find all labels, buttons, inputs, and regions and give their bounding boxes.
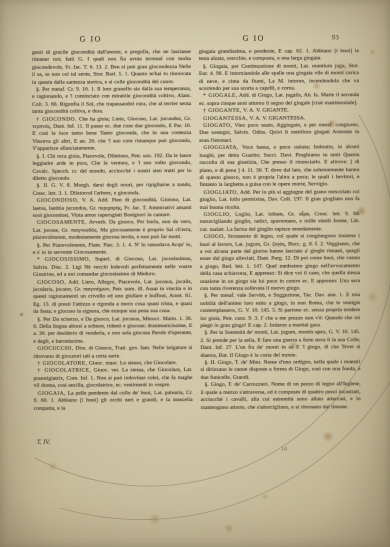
entry-paragraph: §. II. Giogo, T. de' Mint. Nome d'uno or… [200,359,360,382]
entry-continuation: genti di gracile giocondità dall'amore, … [32,49,191,87]
entry-giogliato: GIOGLIATO, Add. Per lo più si aggiugne d… [200,189,360,212]
entry-text: §. Per la Sommità de' monti, Lat. jugum,… [200,330,360,359]
entry-giocucchi: GIOCUCCHI, Dim. di Giuoco, Tratt. gov. f… [33,345,192,361]
entry-headword: GIOGANTESSA, [203,115,248,121]
page-number: 93 [332,34,340,41]
entry-paragraph: §. Per metaf. Cr. 9. 16. 1. Il loro gran… [32,86,191,116]
entry-text: §. Giogaia, per Continuazione di monti, … [199,63,359,92]
entry-text: V. A. V. GIGANTESSA. [248,115,305,121]
entry-giogato: GIOGATO, Vien poco usato, Aggiogato, e p… [199,122,359,145]
entry-paragraph: §. II. G. V. 8. Morgh. darsi degli onori… [33,182,192,198]
entry-headword: † GIOGANTE, [203,108,242,114]
entry-giocondo: † GIOCONDO. Che ha gioia; Lieto, Giocoso… [32,116,191,154]
entry-text: §. Per Piacevolmente, Fiam. Piac. 3. 1. … [33,242,192,256]
right-text-column: giogaia grandissima, e pendente, E cap. … [199,48,361,441]
entry-headword: GIOCUCCHI, [37,346,73,352]
entry-continuation: giogaia grandissima, e pendente, E cap. … [199,48,359,64]
entry-paragraph: §. Giogaia, per Continuazione di monti, … [199,63,359,93]
running-title-left: G IO [61,34,121,43]
entry-text: §. Per metaf. Cr. 9. 16. 1. Il loro gran… [32,86,191,115]
entry-giogaia: GIOGAIA, La pelle pendente dal collo de'… [34,390,193,413]
entry-giogo: GIOGO, Strumento di legno, col quale si … [200,233,360,293]
entry-headword: GIOGGIATA, [203,145,238,151]
entry-headword: † GIOCONDO. [36,116,77,122]
entry-text: §. II. Giogo, T. de' Mint. Nome d'uno or… [200,359,360,381]
entry-headword: GIOGO, [204,234,226,240]
entry-headword: GIOCOSO, [37,279,66,285]
volume-signature: T. IV. [37,439,50,446]
entry-headword: GIOGLIATO, [204,189,239,195]
entry-text: giogaia grandissima, e pendente, E cap. … [199,48,359,62]
entry-gioggiata: GIOGGIATA, Voce bassa, e poco usitata; I… [199,144,359,189]
entry-text: §. Per metaf. vale Servitù, e Soggezione… [200,293,360,329]
entry-giocosissimo: * GIOCOSISSIMO, Superl. di Giocoso, Lat.… [33,256,192,279]
entry-headword: * GIOCOSISSIMO, [37,257,91,263]
entry-text: V. A. V. GIGANTE. [242,108,289,114]
scanned-dictionary-page-photo: { "colors": { "paper": "#cfc5a6", "ink":… [0,0,390,547]
entry-headword: GIOGLIO, [204,212,232,218]
entry-text: Giuoc. masc. Lo stesso, che Giocolare. [87,360,177,366]
entry-headword: † GIOCOLATRICE, [37,368,91,374]
left-text-column: genti di gracile giocondità dall'amore, … [32,49,193,442]
entry-headword: GIOCONDOSO, [37,198,79,204]
paper-page: G IO G IO 93 genti di gracile giocondità… [0,0,390,547]
entry-text: §. Giogo, T. de' Carrozzieri. Nome di un… [201,381,361,410]
entry-headword: GIOCOSAMENTE, [37,220,87,226]
entry-headword: GIOGAIA, [38,390,66,396]
entry-giocondoso: GIOCONDOSO, V. A. Add. Pien di giocondit… [33,197,192,220]
entry-giogale: * GIOGALE, Add. di Giogo, Lat. jugalis, … [199,93,359,109]
entry-text: §. Per Da scherzo, e Da giuoco, Lat. joc… [33,316,192,345]
entry-text: Strumento di legno, col quale si congiun… [200,233,360,292]
entry-gioglio: GIOGLIO, Loglio, Lat. lolium, Gr. αἶρα, … [200,211,360,234]
entry-text: §. I. Chi reca gioia, Piacevole, Diletto… [32,153,191,182]
entry-headword: † GIOCOLATORE, [37,361,87,367]
entry-paragraph: §. I. Chi reca gioia, Piacevole, Diletto… [32,153,191,183]
entry-giocosamente: GIOCOSAMENTE, Avverb. Da giuoco, Per bur… [33,219,192,242]
entry-headword: * GIOGALE, [203,93,237,99]
entry-text: §. II. G. V. 8. Morgh. darsi degli onori… [33,182,192,196]
entry-headword: GIOGATO, [203,123,232,129]
entry-paragraph: §. Per Da scherzo, e Da giuoco, Lat. joc… [33,316,192,346]
entry-paragraph: §. Per la Sommità de' monti, Lat. jugum,… [200,330,360,360]
entry-paragraph: §. Per Piacevolmente, Fiam. Piac. 3. 1. … [33,242,192,258]
entry-text: genti di gracile giocondità dall'amore, … [32,49,191,85]
entry-paragraph: §. Per metaf. vale Servitù, e Soggezione… [200,293,360,331]
printed-sheet: G IO G IO 93 genti di gracile giocondità… [0,0,390,547]
entry-paragraph: §. Giogo, T. de' Carrozzieri. Nome di un… [201,381,361,411]
entry-giocoso: GIOCOSO, Add. Lieto, Allegro, Piacevole,… [33,279,192,317]
entry-giocolatrice: † GIOCOLATRICE, Giuoc. ver. La stessa, c… [33,367,192,390]
sheet-signature-number: 14 [281,447,287,453]
running-title-right: G IO [224,34,284,43]
